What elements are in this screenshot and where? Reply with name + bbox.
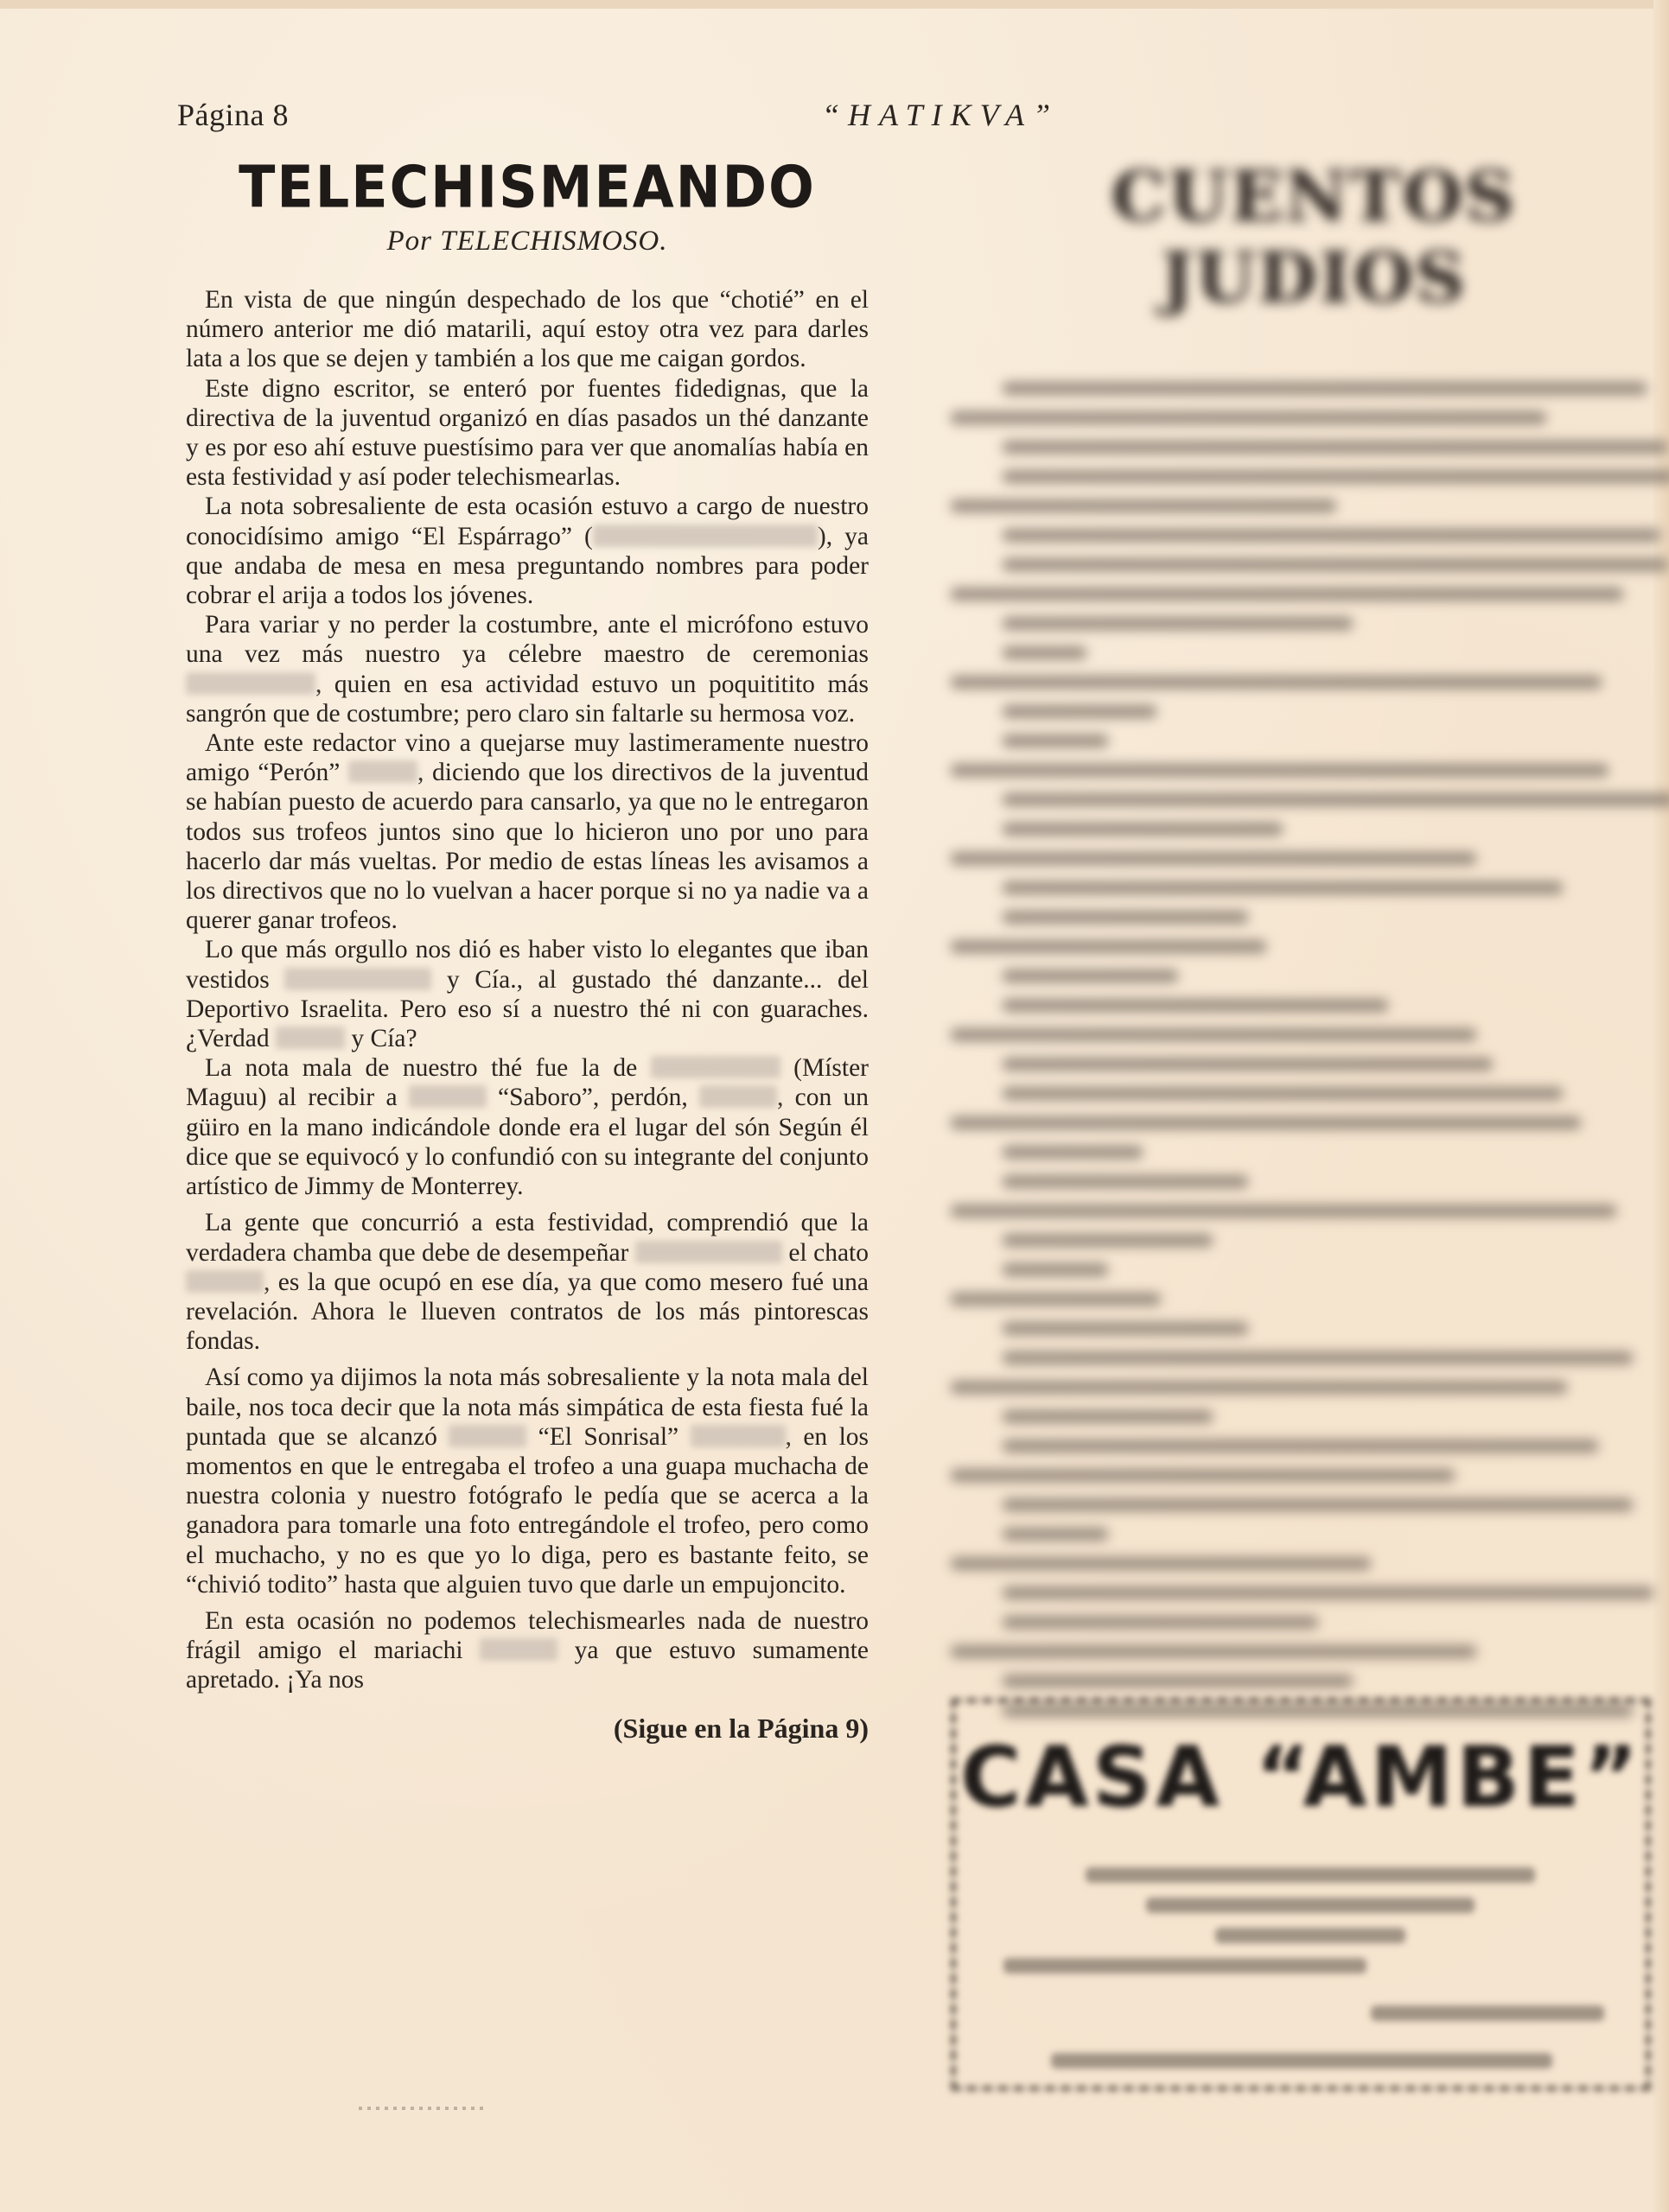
- blurred-text-line: [951, 588, 1623, 601]
- blurred-text-line: [1003, 734, 1108, 747]
- blurred-text-line: [1003, 1234, 1213, 1247]
- page-number: Página 8: [177, 97, 289, 133]
- blurred-text-line: [1003, 1528, 1108, 1541]
- blurred-byline: [951, 318, 1651, 351]
- blurred-text-line: [1003, 1440, 1598, 1452]
- blurred-text-line: [951, 1645, 1476, 1658]
- page-right-edge: [1653, 0, 1669, 2212]
- article-body: En vista de que ningún despechado de los…: [186, 285, 869, 1695]
- blurred-text-line: [1003, 1498, 1633, 1511]
- article-paragraph: La nota sobresaliente de esta ocasión es…: [186, 492, 869, 610]
- blurred-text-line: [1003, 1087, 1563, 1100]
- blurred-text-line: [1003, 382, 1647, 395]
- blurred-text-line: [1003, 646, 1086, 659]
- print-smudge: [359, 2107, 488, 2110]
- blurred-text-line: [1003, 617, 1353, 630]
- blurred-text-line: [951, 1205, 1616, 1217]
- redacted-name: [691, 1425, 786, 1447]
- ad-text-line: [1051, 2053, 1552, 2069]
- blurred-text-line: [1003, 1146, 1143, 1159]
- blurred-text-line: [951, 852, 1476, 865]
- blurred-text-line: [1003, 1410, 1213, 1423]
- blurred-article-title: CUENTOS JUDIOS: [977, 156, 1651, 318]
- article-paragraph: En esta ocasión no podemos telechismearl…: [186, 1606, 869, 1695]
- redacted-name: [480, 1638, 557, 1661]
- blurred-text-line: [951, 940, 1266, 953]
- redacted-name: [699, 1085, 777, 1108]
- blurred-text-line: [951, 1557, 1371, 1570]
- ad-text-line: [1371, 2005, 1604, 2021]
- redacted-name: [276, 1027, 345, 1049]
- blurred-text-line: [1003, 558, 1668, 571]
- blurred-text-line: [1003, 705, 1156, 718]
- blurred-text-line: [1003, 441, 1668, 454]
- blurred-text-line: [1003, 1616, 1318, 1629]
- blurred-text-line: [1003, 1263, 1108, 1276]
- blurred-text-line: [1003, 823, 1283, 836]
- blurred-text-line: [951, 1293, 1161, 1306]
- redacted-name: [449, 1425, 526, 1447]
- running-header: Página 8 “HATIKVA”: [177, 97, 1059, 140]
- blurred-text-line: [1003, 793, 1669, 806]
- blurred-text-line: [951, 499, 1336, 512]
- article-paragraph: Este digno escritor, se enteró por fuent…: [186, 374, 869, 493]
- magazine-name: “HATIKVA”: [822, 97, 1059, 133]
- redacted-name: [651, 1056, 780, 1078]
- blurred-text-lines: [951, 382, 1651, 1717]
- blurred-text-line: [1003, 1175, 1248, 1188]
- blurred-text-line: [951, 1381, 1567, 1394]
- ad-text-line: [1146, 1897, 1475, 1913]
- ad-text-line: [1215, 1928, 1405, 1943]
- article-paragraph: En vista de que ningún despechado de los…: [186, 285, 869, 374]
- redacted-name: [409, 1085, 487, 1108]
- article-paragraph: Así como ya dijimos la nota más sobresal…: [186, 1363, 869, 1599]
- magazine-page: Página 8 “HATIKVA” TELECHISMEANDO Por TE…: [0, 0, 1669, 2212]
- blurred-text-line: [951, 411, 1546, 424]
- redacted-name: [348, 760, 417, 783]
- blurred-text-line: [951, 1469, 1455, 1482]
- ad-text-line: [1086, 1867, 1535, 1883]
- ad-text-line: [1003, 1958, 1366, 1974]
- blurred-text-line: [1003, 881, 1563, 894]
- article-paragraph: La nota mala de nuestro thé fue la de (M…: [186, 1053, 869, 1201]
- article-paragraph: Para variar y no perder la costumbre, an…: [186, 610, 869, 728]
- redacted-name: [186, 1270, 264, 1293]
- article-column: TELECHISMEANDO Por TELECHISMOSO. En vist…: [186, 156, 869, 1745]
- advertisement-box: CASA “AMBE”: [951, 1698, 1651, 2091]
- redacted-name: [635, 1241, 782, 1263]
- blurred-text-line: [1003, 1058, 1493, 1071]
- article-paragraph: Ante este redactor vino a quejarse muy l…: [186, 728, 869, 935]
- blurred-text-line: [951, 764, 1608, 777]
- blurred-text-line: [1003, 529, 1660, 542]
- blurred-text-line: [951, 1116, 1581, 1129]
- article-paragraph: La gente que concurrió a esta festividad…: [186, 1208, 869, 1356]
- page-top-edge: [0, 0, 1669, 9]
- blurred-text-line: [951, 1028, 1476, 1041]
- blurred-text-line: [1003, 1675, 1353, 1688]
- redacted-name: [284, 968, 431, 990]
- blurred-text-line: [1003, 969, 1178, 982]
- article-byline: Por TELECHISMOSO.: [186, 226, 869, 257]
- blurred-text-line: [1003, 1322, 1248, 1335]
- advertisement-heading: CASA “AMBE”: [956, 1729, 1646, 1826]
- article-paragraph: Lo que más orgullo nos dió es haber vist…: [186, 935, 869, 1053]
- article-title: TELECHISMEANDO: [186, 153, 869, 221]
- blurred-text-line: [1003, 911, 1248, 924]
- blurred-text-line: [1003, 470, 1669, 483]
- blurred-text-line: [1003, 999, 1388, 1012]
- blurred-text-line: [951, 676, 1602, 689]
- blurred-text-line: [1003, 1351, 1633, 1364]
- blurred-text-line: [1003, 1586, 1653, 1599]
- redacted-name: [593, 524, 818, 547]
- continuation-note: (Sigue en la Página 9): [186, 1713, 869, 1745]
- redacted-name: [186, 672, 315, 695]
